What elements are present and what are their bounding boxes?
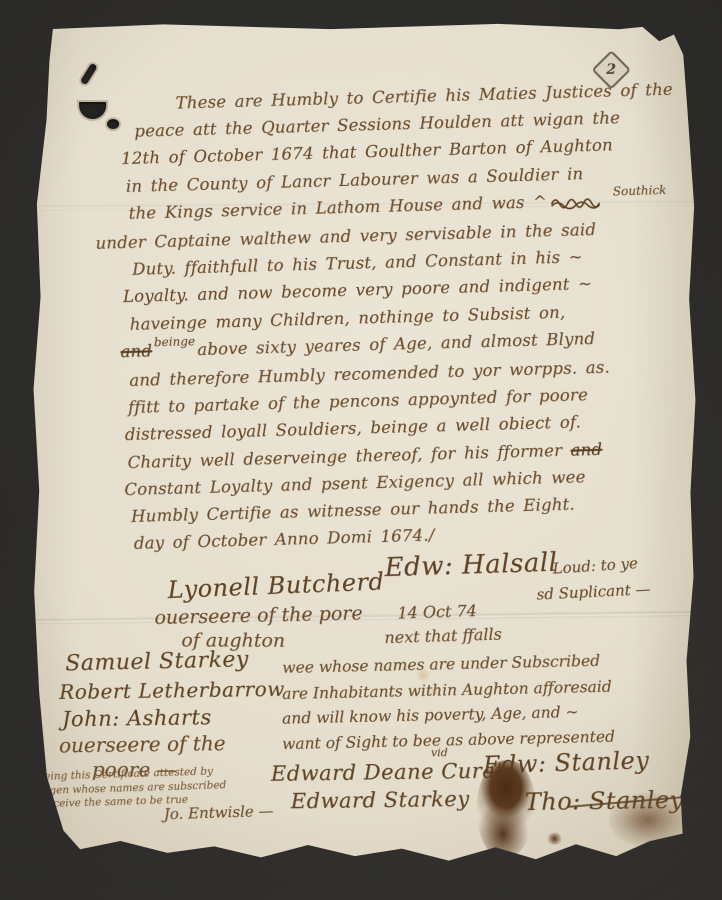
ink-blot <box>547 833 563 845</box>
worm-hole <box>79 102 106 119</box>
signature-samuel-starkey: Samuel Starkey <box>65 647 249 676</box>
manuscript-paper: 2 These are Humbly to Certifie his Matie… <box>27 19 700 863</box>
marginal-word: vid <box>431 746 448 759</box>
signature-tho-stanley: Tho: Stanley <box>525 786 684 816</box>
foxing-spot <box>328 450 342 462</box>
justice-note: Loud: to ye <box>552 554 638 578</box>
line-text: above sixty yeares of Age, and almost Bl… <box>197 329 595 359</box>
signature-lyonell-butcherd: Lyonell Butcherd <box>167 567 385 604</box>
signature-edward-starkey: Edward Starkey <box>291 787 470 813</box>
signature-edward-deane: Edward Deane Curat: <box>271 758 512 785</box>
inserted-word: Southick <box>613 183 667 198</box>
signature-john-asharts: John: Asharts <box>62 705 212 731</box>
signature-robert-letherbarrow: Robert Letherbarrow <box>59 677 285 704</box>
scribble-blot <box>549 193 611 211</box>
witness-statement-line: wee whose names are under Subscribed <box>282 652 600 677</box>
witness-statement-line: are Inhabitants within Aughton afforesai… <box>282 678 612 703</box>
witness-role: ouerseere of the <box>59 731 226 757</box>
foxing-spot <box>429 686 440 696</box>
inserted-word: beinge <box>154 334 196 349</box>
justice-note: sd Suplicant — <box>536 580 651 604</box>
witness-statement-line: and will know his poverty, Age, and ~ <box>282 703 579 728</box>
signature-jo-entwisle: Jo. Entwisle — <box>163 802 273 823</box>
date-note: next that ffalls <box>384 624 502 647</box>
struck-word: and <box>120 341 152 361</box>
photo-background: 2 These are Humbly to Certifie his Matie… <box>0 0 722 900</box>
petition-body: These are Humbly to Certifie his Maties … <box>117 76 678 558</box>
foxing-spot <box>415 668 431 682</box>
overseer-role: ouerseere of the pore <box>154 602 363 629</box>
date-note: 14 Oct 74 <box>397 601 477 622</box>
signature-edw-halsall: Edw: Halsall <box>384 548 558 583</box>
worm-hole <box>80 63 98 85</box>
struck-word: and <box>570 439 602 459</box>
line-text: day of October Anno Domi 1674./ <box>134 526 435 553</box>
archive-stamp-mark: 2 <box>606 62 616 78</box>
signature-edw-stanley: Edw: Stanley <box>482 746 649 779</box>
